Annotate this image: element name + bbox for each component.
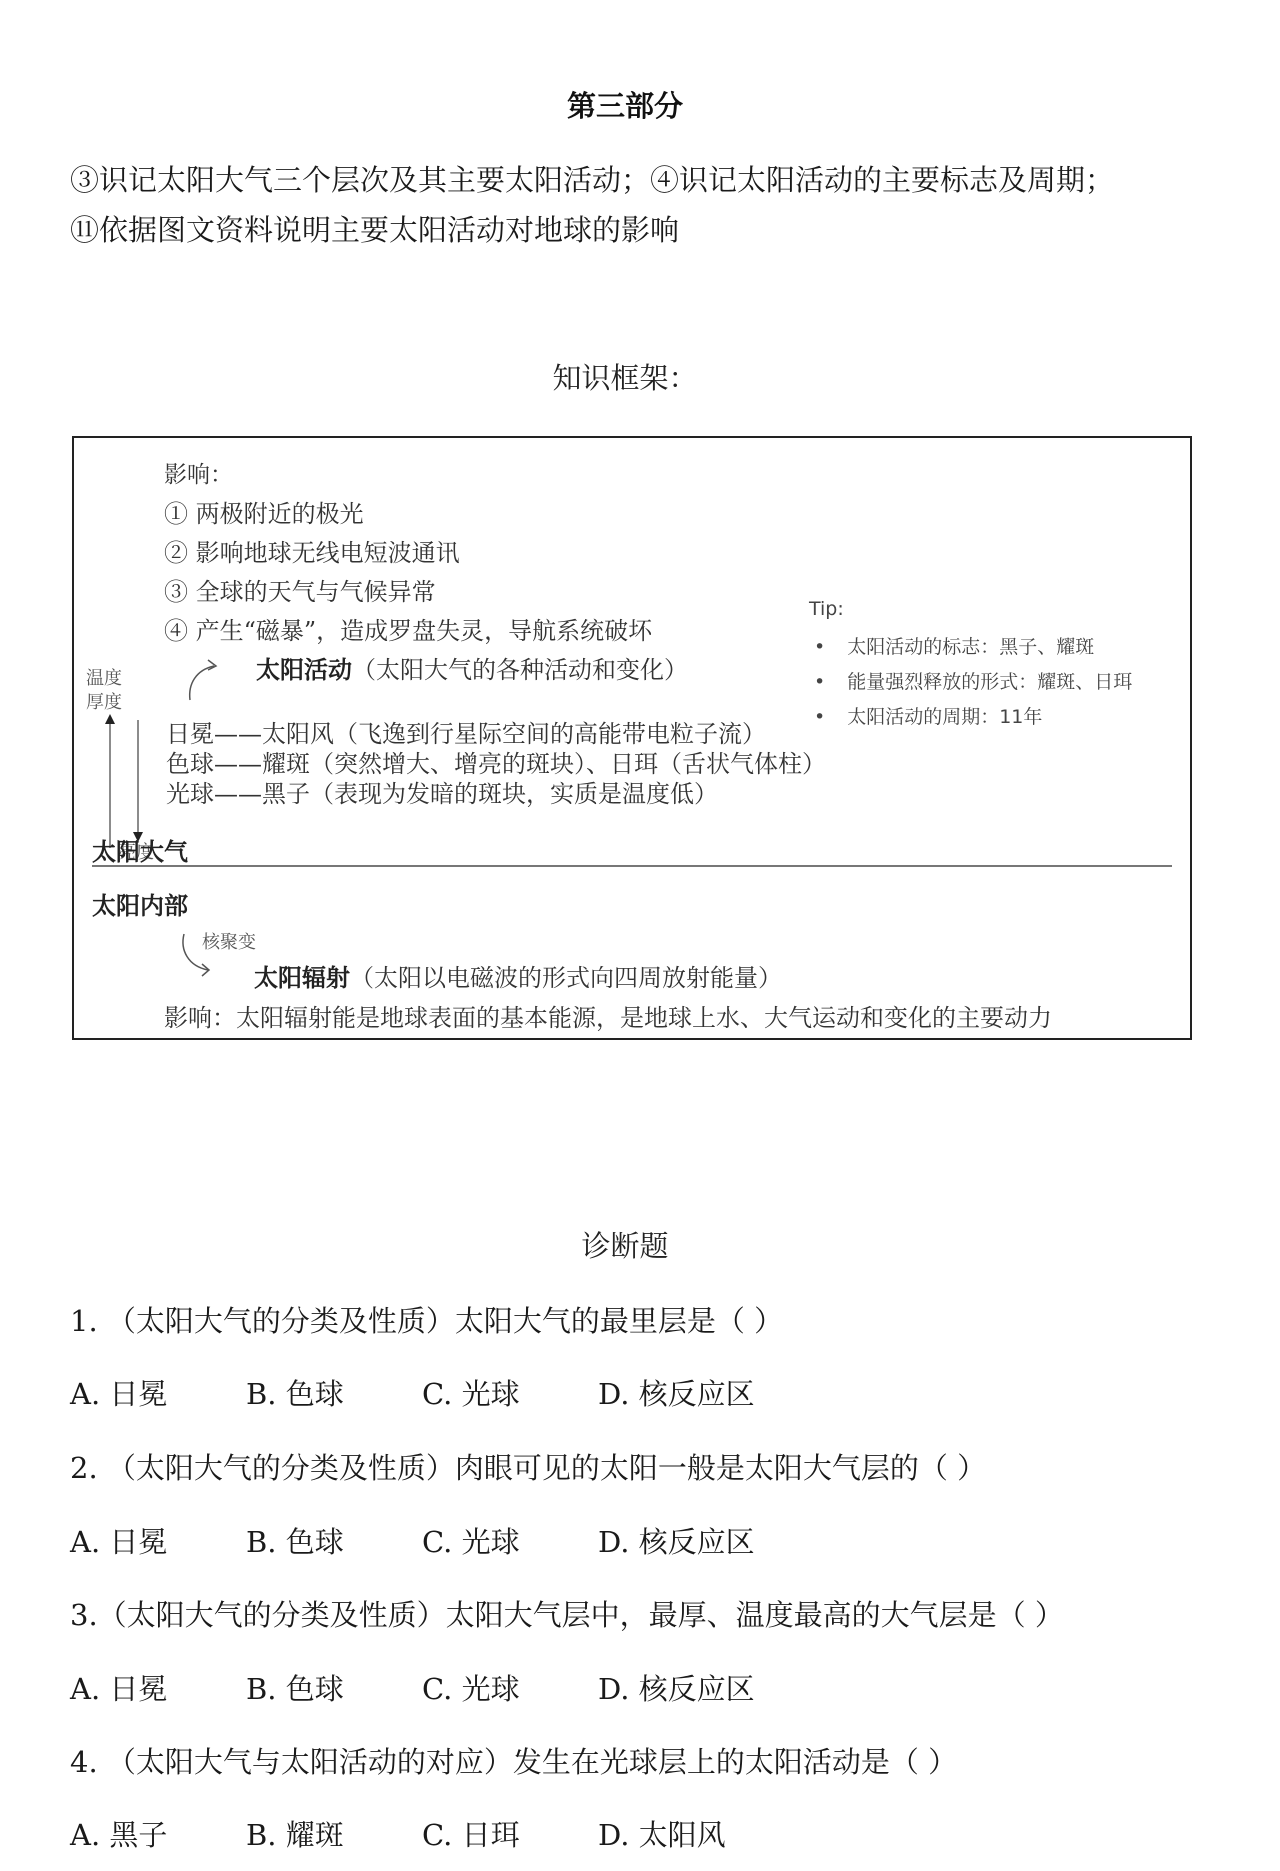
q4-option-a[interactable]: A. 黑子 xyxy=(70,1813,167,1854)
knowledge-framework-box: 影响： ① 两极附近的极光 ② 影响地球无线电短波通讯 ③ 全球的天气与气候异常… xyxy=(72,436,1192,1040)
tip-label: Tip: xyxy=(809,598,844,620)
framework-heading: 知识框架： xyxy=(0,356,1250,397)
impact-item-4: ④ 产生“磁暴”，造成罗盘失灵，导航系统破坏 xyxy=(164,611,652,646)
quiz-heading: 诊断题 xyxy=(0,1224,1250,1265)
q4-option-c[interactable]: C. 日珥 xyxy=(422,1813,520,1854)
q1-option-a[interactable]: A. 日冕 xyxy=(70,1372,167,1413)
layer-photosphere: 光球——黑子（表现为发暗的斑块，实质是温度低） xyxy=(166,774,718,809)
q1-option-b[interactable]: B. 色球 xyxy=(246,1372,344,1413)
question-1: 1. （太阳大气的分类及性质）太阳大气的最里层是（ ） xyxy=(70,1299,783,1340)
axis-temperature-label: 温度 xyxy=(86,664,122,690)
question-2: 2. （太阳大气的分类及性质）肉眼可见的太阳一般是太阳大气层的（ ） xyxy=(70,1446,986,1487)
q2-option-b[interactable]: B. 色球 xyxy=(246,1520,344,1561)
tip-item-2: •能量强烈释放的形式：耀斑、日珥 xyxy=(814,667,1132,694)
objective-line-2: ⑪依据图文资料说明主要太阳活动对地球的影响 xyxy=(70,208,679,249)
question-4: 4. （太阳大气与太阳活动的对应）发生在光球层上的太阳活动是（ ） xyxy=(70,1740,957,1781)
q2-option-a[interactable]: A. 日冕 xyxy=(70,1520,167,1561)
impact-item-2: ② 影响地球无线电短波通讯 xyxy=(164,533,460,568)
tip-item-1: •太阳活动的标志：黑子、耀斑 xyxy=(814,632,1094,659)
page-title: 第三部分 xyxy=(0,84,1250,125)
q3-option-a[interactable]: A. 日冕 xyxy=(70,1667,167,1708)
impact-item-3: ③ 全球的天气与气候异常 xyxy=(164,572,436,607)
atmosphere-label: 太阳大气 xyxy=(92,832,188,867)
interior-label: 太阳内部 xyxy=(92,886,188,921)
solar-activity-heading: 太阳活动（太阳大气的各种活动和变化） xyxy=(256,650,688,685)
solar-radiation-title: 太阳辐射 xyxy=(254,963,350,992)
impact-label: 影响： xyxy=(164,456,233,489)
question-3: 3.（太阳大气的分类及性质）太阳大气层中，最厚、温度最高的大气层是（ ） xyxy=(70,1593,1064,1634)
solar-activity-desc: （太阳大气的各种活动和变化） xyxy=(352,656,688,684)
q2-option-c[interactable]: C. 光球 xyxy=(422,1520,520,1561)
arrow-down-icon xyxy=(132,720,144,842)
solar-activity-title: 太阳活动 xyxy=(256,655,352,684)
axis-thickness-label: 厚度 xyxy=(86,688,122,714)
arrow-up-icon xyxy=(104,714,116,850)
q3-option-c[interactable]: C. 光球 xyxy=(422,1667,520,1708)
q1-option-d[interactable]: D. 核反应区 xyxy=(598,1372,755,1413)
q1-option-c[interactable]: C. 光球 xyxy=(422,1372,520,1413)
objective-line-1: ③识记太阳大气三个层次及其主要太阳活动；④识记太阳活动的主要标志及周期； xyxy=(70,158,1114,199)
impact-item-1: ① 两极附近的极光 xyxy=(164,494,364,529)
radiation-impact: 影响：太阳辐射能是地球表面的基本能源，是地球上水、大气运动和变化的主要动力 xyxy=(164,998,1052,1033)
tip-item-3: •太阳活动的周期：11年 xyxy=(814,702,1042,729)
solar-radiation-desc: （太阳以电磁波的形式向四周放射能量） xyxy=(350,964,782,992)
divider xyxy=(92,865,1172,867)
q2-option-d[interactable]: D. 核反应区 xyxy=(598,1520,755,1561)
curved-arrow-icon xyxy=(186,654,226,704)
curved-arrow-down-icon xyxy=(178,932,218,980)
q3-option-b[interactable]: B. 色球 xyxy=(246,1667,344,1708)
q4-option-b[interactable]: B. 耀斑 xyxy=(246,1813,344,1854)
solar-radiation-heading: 太阳辐射（太阳以电磁波的形式向四周放射能量） xyxy=(254,958,782,993)
q4-option-d[interactable]: D. 太阳风 xyxy=(598,1813,726,1854)
q3-option-d[interactable]: D. 核反应区 xyxy=(598,1667,755,1708)
